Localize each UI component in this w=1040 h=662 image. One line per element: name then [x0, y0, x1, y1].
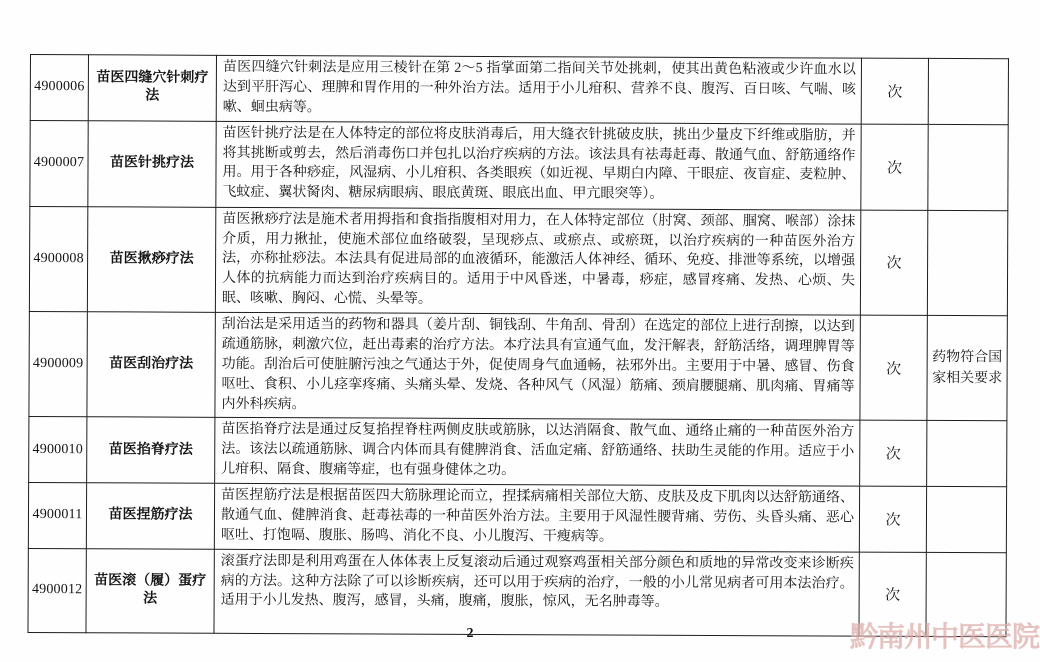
item-remarks	[928, 58, 1008, 124]
item-name: 苗医掐脊疗法	[87, 417, 215, 483]
table-row: 4900008 苗医揪痧疗法 苗医揪痧疗法是施术者用拇指和食指指腹相对用力，在人…	[29, 206, 1007, 316]
item-code: 4900011	[28, 482, 86, 548]
hospital-watermark: 黔南州中医医院	[850, 615, 1040, 655]
item-remarks	[926, 486, 1006, 552]
table-row: 4900011 苗医捏筋疗法 苗医捏筋疗法是根据苗医四大筋脉理论而立，捏揉病痛相…	[28, 482, 1006, 552]
table-row: 4900006 苗医四缝穴针刺疗法 苗医四缝穴针刺法是应用三棱针在第 2～5 指…	[30, 55, 1008, 125]
item-remarks	[927, 210, 1007, 316]
item-unit: 次	[860, 315, 927, 421]
item-name: 苗医滚（履）蛋疗法	[86, 548, 214, 633]
item-unit: 次	[860, 210, 927, 316]
item-unit: 次	[861, 58, 928, 124]
item-description: 苗医针挑疗法是在人体特定的部位将皮肤消毒后，用大缝衣针挑破皮肤，挑出少量皮下纤维…	[216, 121, 861, 210]
item-name: 苗医四缝穴针刺疗法	[88, 55, 216, 121]
item-description: 苗医掐脊疗法是通过反复掐捏脊柱两侧皮肤或筋脉，以达消隔食、散气血、通络止痛的一种…	[215, 418, 860, 486]
item-unit: 次	[859, 486, 926, 552]
page-number: 2	[440, 626, 500, 642]
table-row: 4900007 苗医针挑疗法 苗医针挑疗法是在人体特定的部位将皮肤消毒后，用大缝…	[30, 120, 1008, 210]
therapy-price-table: 4900006 苗医四缝穴针刺疗法 苗医四缝穴针刺法是应用三棱针在第 2～5 指…	[27, 54, 1009, 637]
item-description: 苗医捏筋疗法是根据苗医四大筋脉理论而立，捏揉病痛相关部位大筋、皮肤及皮下肌肉以达…	[214, 483, 859, 551]
item-remarks	[928, 124, 1008, 210]
item-name: 苗医刮治疗法	[87, 312, 215, 418]
item-unit: 次	[861, 124, 928, 210]
item-name: 苗医捏筋疗法	[86, 483, 214, 549]
item-code: 4900008	[29, 206, 87, 312]
item-remarks	[927, 421, 1007, 487]
item-code: 4900006	[30, 55, 88, 121]
item-remarks: 药物符合国家相关要求	[927, 315, 1007, 421]
item-description: 刮治法是采用适当的药物和器具（姜片刮、铜钱刮、牛角刮、骨刮）在选定的部位上进行刮…	[215, 312, 860, 420]
item-description: 苗医揪痧疗法是施术者用拇指和食指指腹相对用力，在人体特定部位（肘窝、颈部、腘窝、…	[215, 207, 860, 315]
item-code: 4900010	[29, 417, 87, 483]
item-name: 苗医揪痧疗法	[87, 206, 215, 312]
item-code: 4900012	[28, 548, 86, 632]
item-code: 4900007	[30, 120, 88, 206]
item-code: 4900009	[29, 311, 87, 417]
item-name: 苗医针挑疗法	[88, 120, 216, 207]
item-description: 滚蛋疗法即是利用鸡蛋在人体体表上反复滚动后通过观察鸡蛋相关部分颜色和质地的异常改…	[214, 549, 859, 636]
table-row: 4900009 苗医刮治疗法 刮治法是采用适当的药物和器具（姜片刮、铜钱刮、牛角…	[29, 311, 1007, 421]
table-row: 4900010 苗医掐脊疗法 苗医掐脊疗法是通过反复掐捏脊柱两侧皮肤或筋脉，以达…	[29, 417, 1007, 487]
item-unit: 次	[860, 420, 927, 486]
item-description: 苗医四缝穴针刺法是应用三棱针在第 2～5 指掌面第二指间关节处挑刺，使其出黄色粘…	[216, 55, 861, 123]
document-page: 4900006 苗医四缝穴针刺疗法 苗医四缝穴针刺法是应用三棱针在第 2～5 指…	[0, 0, 1040, 662]
